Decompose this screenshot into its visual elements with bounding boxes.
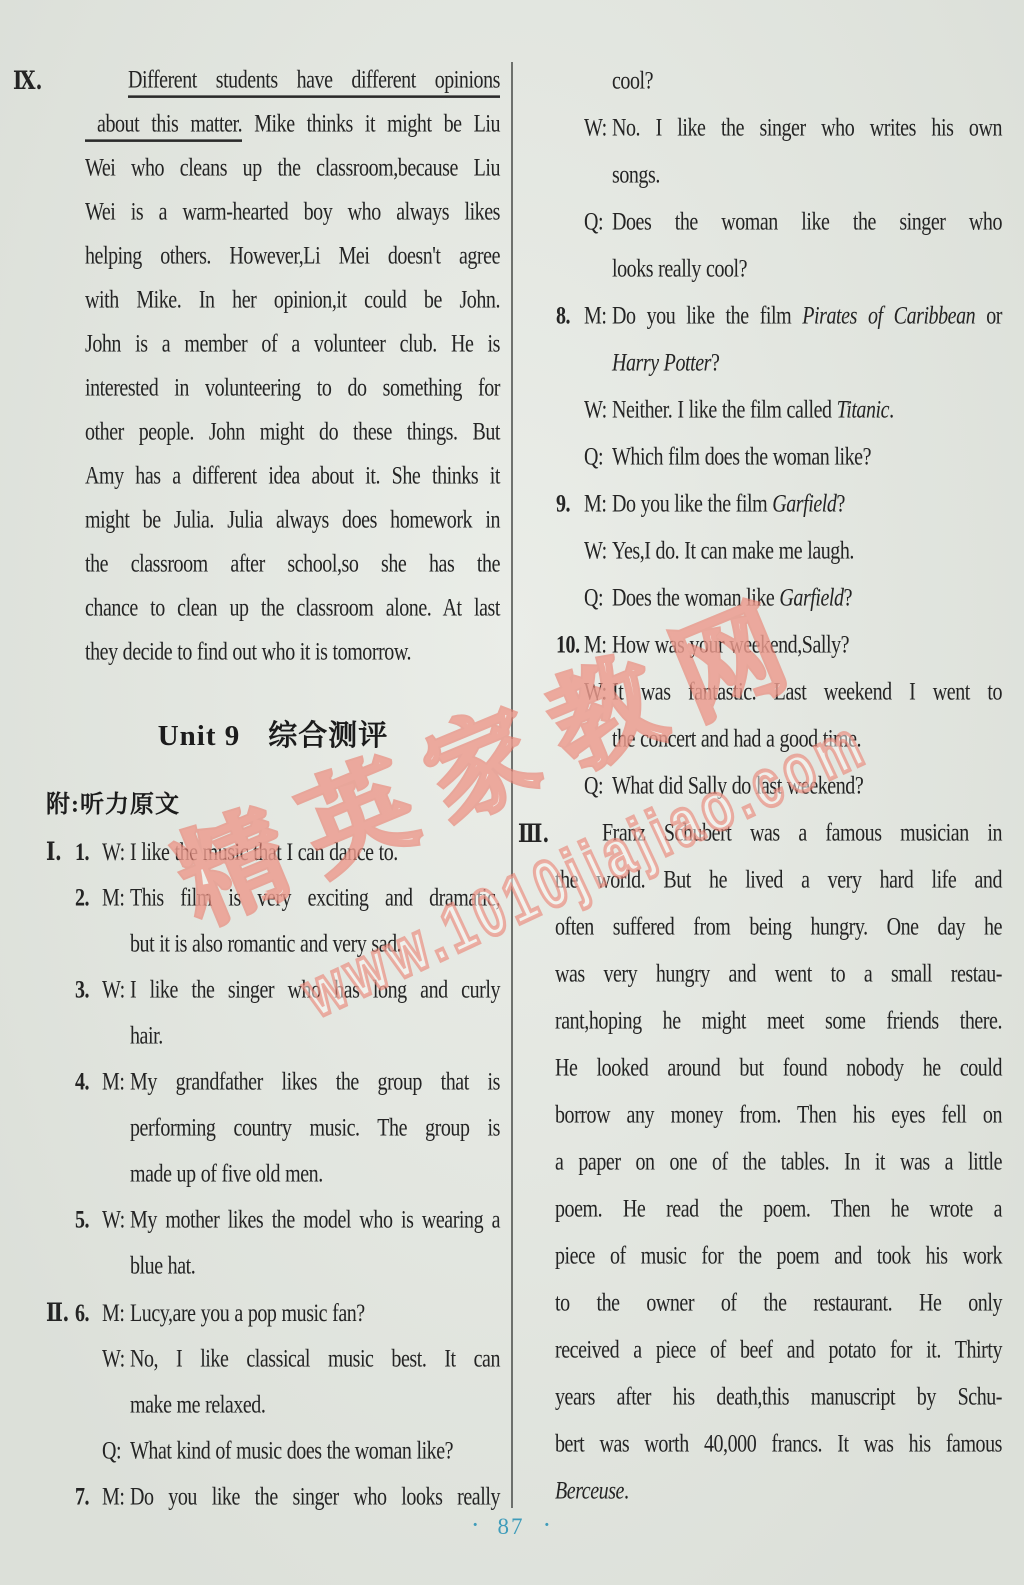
text-segment: My mother likes the model who is wearing… (130, 1206, 500, 1234)
text-segment: This film is very exciting and dramatic, (130, 884, 500, 912)
text-segment: helping others. However,Li Mei doesn't a… (85, 242, 500, 270)
text-segment: blue hat. (130, 1252, 195, 1280)
listening-item: 2.M:This film is very exciting and drama… (46, 875, 500, 967)
roman-numeral-marker: Ⅰ. (46, 821, 75, 880)
text-segment: Lucy,are you a pop music fan? (130, 1299, 365, 1327)
page-number: 87 (498, 1514, 525, 1539)
item-number: 9. (556, 474, 584, 534)
text-line: they decide to find out who it is tomorr… (85, 624, 500, 680)
text-segment: What kind of music does the woman like? (130, 1437, 453, 1465)
text-segment: borrow any money from. Then his eyes fel… (555, 1101, 1002, 1129)
text-segment: performing country music. The group is (130, 1114, 500, 1142)
speaker-label: W: (584, 98, 612, 158)
italic-title: Berceuse (555, 1477, 624, 1505)
text-segment: songs. (612, 161, 660, 189)
item-number: 3. (75, 961, 102, 1020)
item-number: 8. (556, 286, 584, 346)
text-segment: might be Julia. Julia always does homewo… (85, 506, 500, 534)
page-footer: ·87· (431, 1510, 591, 1542)
text-segment: No. I like the singer who writes his own (612, 114, 1002, 142)
speaker-label: Q: (584, 192, 612, 252)
text-segment: was very hungry and went to a small rest… (555, 960, 1002, 988)
text-segment: John is a member of a volunteer club. He… (85, 330, 500, 358)
text-segment: ? (836, 490, 844, 518)
speaker-label: W: (584, 662, 612, 722)
unit-heading: Unit 9综合测评 (46, 714, 500, 758)
textbook-page: Ⅸ.Different students have different opin… (0, 0, 1024, 1585)
roman-numeral-marker: Ⅱ. (46, 1282, 75, 1341)
text-segment: often suffered from being hungry. One da… (555, 913, 1002, 941)
text-segment: poem. He read the poem. Then he wrote a (555, 1195, 1002, 1223)
text-segment: I like the singer who has long and curly (130, 976, 500, 1004)
text-segment: No, I like classical music best. It can (130, 1345, 500, 1373)
text-segment: Mike thinks it might be Liu (242, 110, 500, 138)
text-segment: other people. John might do these things… (85, 418, 500, 446)
speaker-label: W: (102, 1330, 130, 1389)
text-segment: hair. (130, 1022, 163, 1050)
column-divider (511, 62, 513, 1508)
listening-passage: Ⅲ.Franz Schubert was a famous musician i… (545, 810, 1002, 1515)
text-segment: looks really cool? (612, 255, 747, 283)
item-number: 6. (75, 1284, 102, 1343)
speaker-label: M: (102, 1468, 130, 1527)
text-segment: What did Sally do last weekend? (612, 772, 863, 800)
answer-section: Ⅸ.Different students have different opin… (46, 58, 500, 674)
text-segment: bert was worth 40,000 francs. It was his… (555, 1430, 1002, 1458)
text-segment: rant,hoping he might meet some friends t… (555, 1007, 1002, 1035)
text-segment: the concert and had a good time. (612, 725, 861, 753)
roman-numeral-marker: Ⅲ. (518, 803, 549, 863)
listening-item: W:It was fantastic. Last weekend I went … (545, 669, 1002, 763)
listening-item: 8.M:Do you like the film Pirates of Cari… (545, 293, 1002, 387)
text-segment: with Mike. In her opinion,it could be Jo… (85, 286, 500, 314)
text-segment: chance to clean up the classroom alone. … (85, 594, 500, 622)
text-segment: make me relaxed. (130, 1391, 265, 1419)
text-segment: Neither. I like the film called (612, 396, 837, 424)
italic-title: Titanic (837, 396, 889, 424)
listening-item: 4.M:My grandfather likes the group that … (46, 1059, 500, 1197)
italic-title: Pirates of Caribbean (802, 302, 975, 330)
text-segment: Franz Schubert was a famous musician in (602, 819, 1002, 847)
text-segment: It was fantastic. Last weekend I went to (612, 678, 1002, 706)
footer-left-dot: · (471, 1510, 480, 1539)
italic-title: Harry Potter (612, 349, 711, 377)
italic-title: Garfield (779, 584, 843, 612)
text-segment: the world. But he lived a very hard life… (555, 866, 1002, 894)
text-segment: Which film does the woman like? (612, 443, 871, 471)
text-segment: the classroom after school,so she has th… (85, 550, 500, 578)
text-segment: Wei who cleans up the classroom,because … (85, 154, 500, 182)
right-listening-items: cool?W:No. I like the singer who writes … (545, 58, 1002, 1515)
text-segment: about this matter. (85, 110, 242, 142)
listening-item: W:No, I like classical music best. It ca… (46, 1336, 500, 1428)
text-segment: to the owner of the restaurant. He only (555, 1289, 1002, 1317)
item-number: 7. (75, 1468, 102, 1527)
speaker-label: M: (102, 869, 130, 928)
speaker-label: M: (584, 286, 612, 346)
text-segment: or (975, 302, 1002, 330)
text-segment: they decide to find out who it is tomorr… (85, 638, 411, 666)
text-segment: but it is also romantic and very sad. (130, 930, 401, 958)
text-segment: piece of music for the poem and took his… (555, 1242, 1002, 1270)
text-segment: . (624, 1477, 629, 1505)
speaker-label: M: (102, 1053, 130, 1112)
text-segment: ? (844, 584, 852, 612)
text-segment: Amy has a different idea about it. She t… (85, 462, 500, 490)
text-segment: interested in volunteering to do somethi… (85, 374, 500, 402)
item-number: 4. (75, 1053, 102, 1112)
text-segment: I like the music that I can dance to. (130, 838, 398, 866)
text-segment: years after his death,this manuscript by… (555, 1383, 1002, 1411)
speaker-label: W: (102, 961, 130, 1020)
text-segment: ? (711, 349, 719, 377)
text-segment: How was your weekend,Sally? (612, 631, 849, 659)
text-segment: cool? (612, 67, 653, 95)
text-segment: Wei is a warm-hearted boy who always lik… (85, 198, 500, 226)
text-line: Berceuse. (555, 1461, 1002, 1521)
listening-item: 5.W:My mother likes the model who is wea… (46, 1197, 500, 1289)
text-segment: received a piece of beef and potato for … (555, 1336, 1002, 1364)
text-segment: . (889, 396, 894, 424)
left-column: Ⅸ.Different students have different opin… (46, 58, 500, 1520)
listening-item: 3.W:I like the singer who has long and c… (46, 967, 500, 1059)
footer-right-dot: · (543, 1510, 552, 1539)
listening-item: W:No. I like the singer who writes his o… (545, 105, 1002, 199)
text-segment: Does the woman like the singer who (612, 208, 1002, 236)
text-segment: made up of five old men. (130, 1160, 323, 1188)
text-segment: a paper on one of the tables. In it was … (555, 1148, 1002, 1176)
left-listening-items: Ⅰ.1.W:I like the music that I can dance … (46, 828, 500, 1520)
roman-numeral-marker: Ⅸ. (13, 52, 42, 108)
text-segment: Yes,I do. It can make me laugh. (612, 537, 854, 565)
answer-paragraph: Ⅸ.Different students have different opin… (46, 58, 500, 674)
text-segment: Do you like the film (612, 490, 772, 518)
item-number: 10. (556, 615, 584, 675)
text-segment: Do you like the singer who looks really (130, 1483, 500, 1511)
unit-heading-number: Unit 9 (158, 720, 241, 752)
right-column: cool?W:No. I like the singer who writes … (545, 58, 1002, 1515)
text-segment: My grandfather likes the group that is (130, 1068, 500, 1096)
text-segment: He looked around but found nobody he cou… (555, 1054, 1002, 1082)
speaker-label: W: (102, 1191, 130, 1250)
text-segment: Do you like the film (612, 302, 802, 330)
listening-item: Q:Does the woman like the singer wholook… (545, 199, 1002, 293)
italic-title: Garfield (772, 490, 836, 518)
text-segment: Does the woman like (612, 584, 779, 612)
item-number: 2. (75, 869, 102, 928)
item-number: 5. (75, 1191, 102, 1250)
text-segment: Different students have different opinio… (128, 66, 500, 98)
unit-heading-title: 综合测评 (268, 720, 388, 752)
